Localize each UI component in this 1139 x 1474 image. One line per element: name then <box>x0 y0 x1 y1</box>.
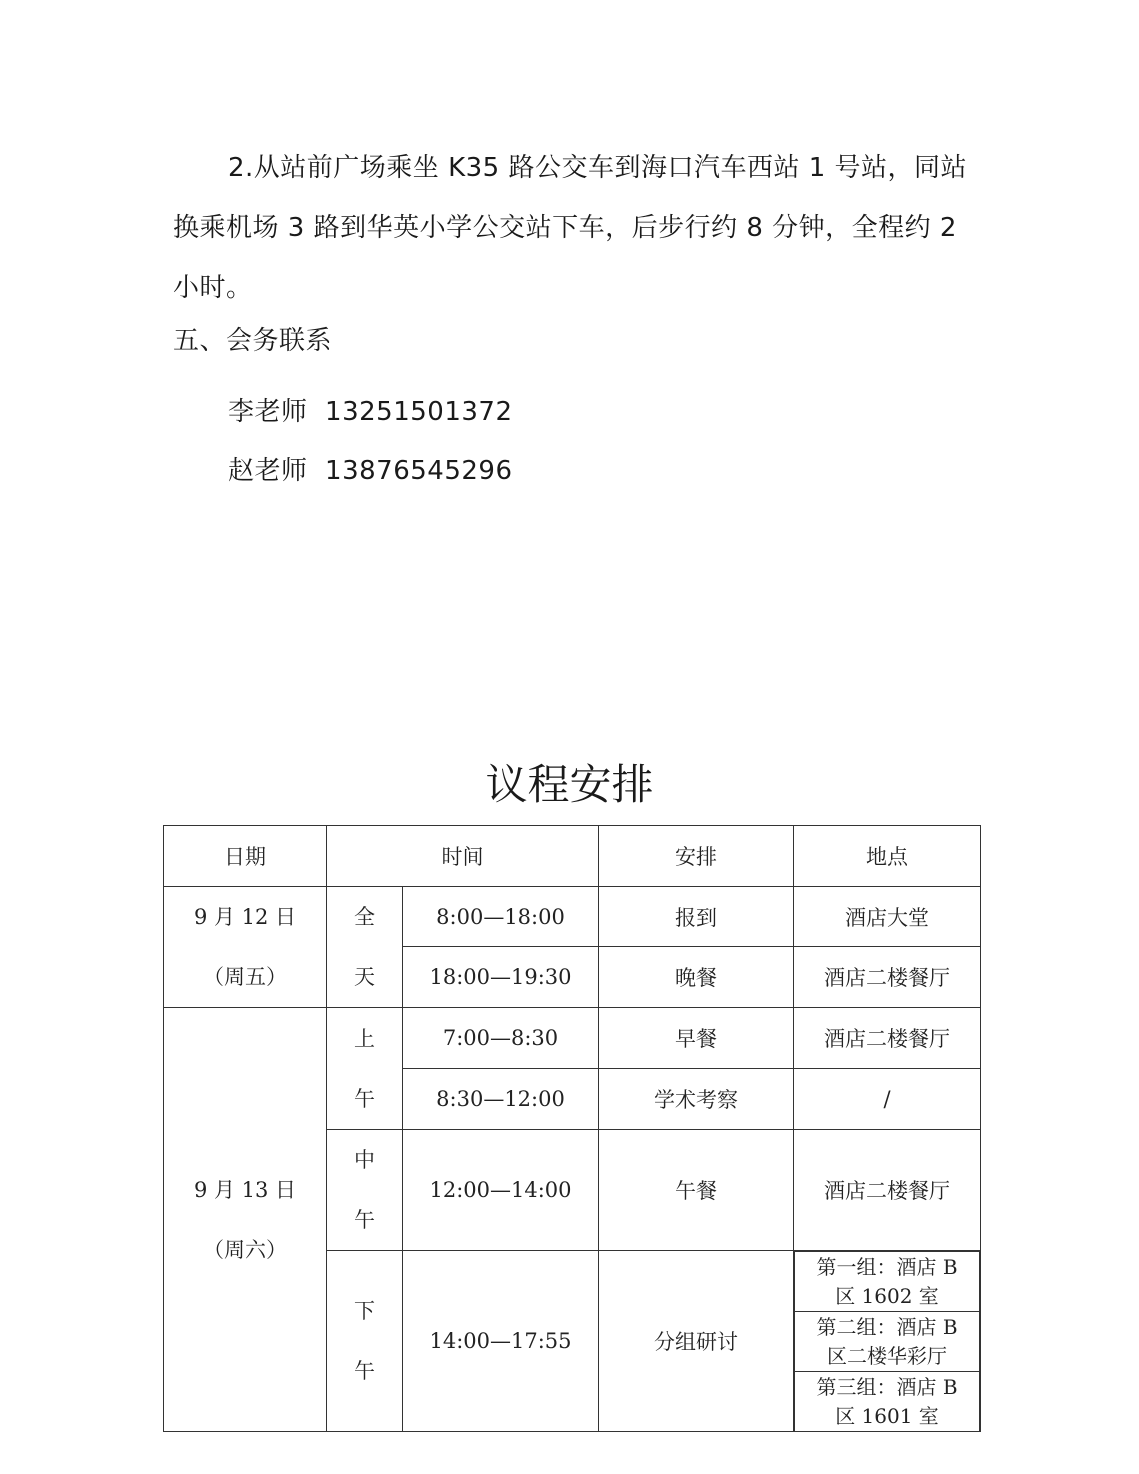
contact-li: 李老师 13251501372 <box>228 391 513 428</box>
time-cell: 7:00—8:30 <box>403 1008 599 1069</box>
location-cell: / <box>794 1069 981 1130</box>
header-date: 日期 <box>164 826 327 887</box>
period-char: 全 <box>327 887 402 947</box>
group-locations: 第一组：酒店 B 区 1602 室 第二组：酒店 B 区二楼华彩厅 第三组：酒店… <box>794 1251 980 1431</box>
group-location-line: 区 1601 室 <box>795 1402 979 1431</box>
table-row: 9 月 13 日 （周六） 上 午 7:00—8:30 早餐 酒店二楼餐厅 <box>164 1008 981 1069</box>
period-char: 上 <box>327 1009 402 1069</box>
day1-date: 9 月 12 日 <box>164 887 326 947</box>
header-time: 时间 <box>327 826 599 887</box>
group-location-line: 区二楼华彩厅 <box>795 1342 979 1371</box>
time-cell: 8:30—12:00 <box>403 1069 599 1130</box>
morning-period-cell: 上 午 <box>327 1008 403 1130</box>
group-location-line: 第二组：酒店 B <box>795 1313 979 1342</box>
group-location-line: 第一组：酒店 B <box>795 1253 979 1282</box>
group-location-line: 第三组：酒店 B <box>795 1373 979 1402</box>
location-cell: 酒店大堂 <box>794 887 981 947</box>
period-char: 午 <box>327 1190 402 1250</box>
time-cell: 14:00—17:55 <box>403 1251 599 1432</box>
group-location: 第一组：酒店 B 区 1602 室 <box>795 1252 980 1312</box>
route2-line2: 换乘机场 3 路到华英小学公交站下车，后步行约 8 分钟，全程约 2 <box>173 207 957 244</box>
day2-date: 9 月 13 日 <box>164 1160 326 1220</box>
route2-line3: 小时。 <box>173 267 253 304</box>
activity-cell: 早餐 <box>599 1008 794 1069</box>
noon-period-cell: 中 午 <box>327 1130 403 1251</box>
afternoon-period-cell: 下 午 <box>327 1251 403 1432</box>
period-char: 中 <box>327 1130 402 1190</box>
table-row: 9 月 12 日 （周五） 全 天 8:00—18:00 报到 酒店大堂 <box>164 887 981 947</box>
contact-zhao: 赵老师 13876545296 <box>228 450 513 487</box>
group-location-line: 区 1602 室 <box>795 1282 979 1311</box>
activity-cell: 午餐 <box>599 1130 794 1251</box>
group-locations-cell: 第一组：酒店 B 区 1602 室 第二组：酒店 B 区二楼华彩厅 第三组：酒店… <box>794 1251 981 1432</box>
location-cell: 酒店二楼餐厅 <box>794 947 981 1008</box>
day2-weekday: （周六） <box>164 1220 326 1280</box>
activity-cell: 报到 <box>599 887 794 947</box>
day2-date-cell: 9 月 13 日 （周六） <box>164 1008 327 1432</box>
period-char: 下 <box>327 1281 402 1341</box>
activity-cell: 分组研讨 <box>599 1251 794 1432</box>
route2-line1: 2.从站前广场乘坐 K35 路公交车到海口汽车西站 1 号站，同站 <box>228 147 967 184</box>
day1-weekday: （周五） <box>164 947 326 1007</box>
time-cell: 18:00—19:30 <box>403 947 599 1008</box>
header-activity: 安排 <box>599 826 794 887</box>
day1-date-cell: 9 月 12 日 （周五） <box>164 887 327 1008</box>
time-cell: 8:00—18:00 <box>403 887 599 947</box>
period-char: 午 <box>327 1069 402 1129</box>
period-char: 天 <box>327 947 402 1007</box>
section5-heading: 五、会务联系 <box>173 320 332 357</box>
group-location: 第三组：酒店 B 区 1601 室 <box>795 1372 980 1432</box>
location-cell: 酒店二楼餐厅 <box>794 1130 981 1251</box>
activity-cell: 晚餐 <box>599 947 794 1008</box>
time-cell: 12:00—14:00 <box>403 1130 599 1251</box>
day1-period-cell: 全 天 <box>327 887 403 1008</box>
period-char: 午 <box>327 1341 402 1401</box>
group-location: 第二组：酒店 B 区二楼华彩厅 <box>795 1312 980 1372</box>
header-location: 地点 <box>794 826 981 887</box>
activity-cell: 学术考察 <box>599 1069 794 1130</box>
agenda-table: 日期 时间 安排 地点 9 月 12 日 （周五） 全 天 8:00—18:00… <box>163 825 981 1432</box>
location-cell: 酒店二楼餐厅 <box>794 1008 981 1069</box>
agenda-title: 议程安排 <box>0 752 1139 812</box>
table-header-row: 日期 时间 安排 地点 <box>164 826 981 887</box>
